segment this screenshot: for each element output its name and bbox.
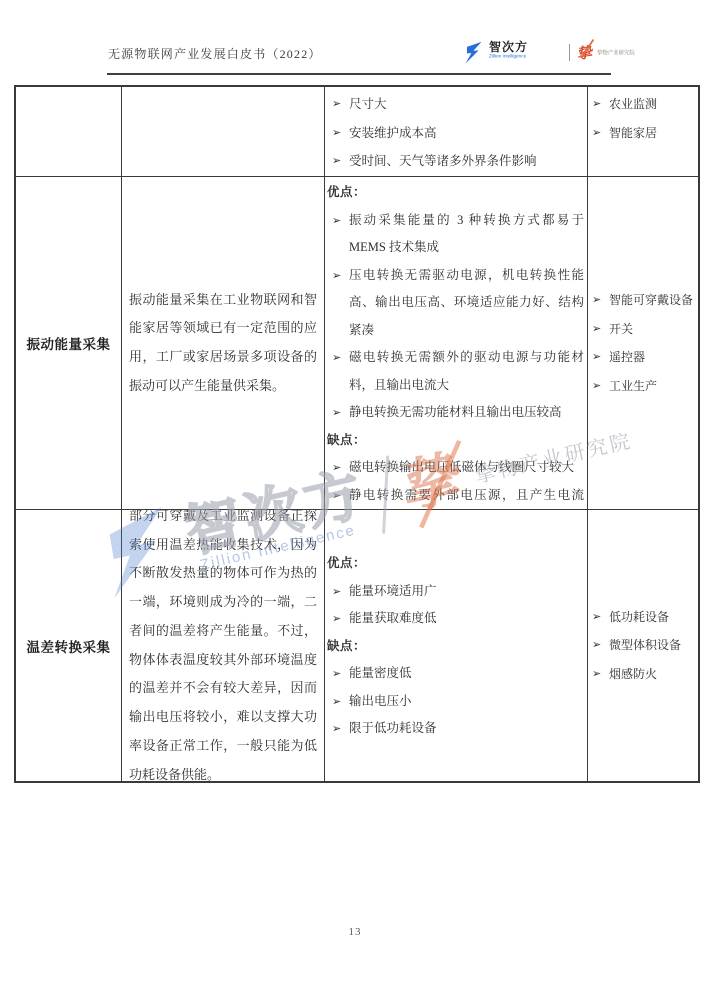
pros-heading: 优点： <box>327 179 585 207</box>
row-label-cell: 振动能量采集 <box>16 177 122 509</box>
feature-item: ➢ 能量环境适用广 <box>327 578 585 606</box>
feature-item: ➢ 压电转换无需驱动电源，机电转换性能高、输出电压高、环境适应能力好、结构紧凑 <box>327 262 585 345</box>
application-text: 遥控器 <box>609 343 698 372</box>
feature-item: ➢ 静电转换无需功能材料且输出电压较高 <box>327 399 585 427</box>
feature-item: ➢ 能量密度低 <box>327 660 585 688</box>
feature-text: 输出电压小 <box>349 688 585 716</box>
feature-text: 静电转换需要外部电压源，且产生电流低、电容气隙小 <box>349 482 585 510</box>
feature-text: 能量密度低 <box>349 660 585 688</box>
brand-subtitle: Zillion Intelligence <box>489 54 526 59</box>
feature-item: ➢ 磁电转换输出电压低磁体与线圈尺寸较大 <box>327 454 585 482</box>
bullet-arrow-icon: ➢ <box>327 207 349 235</box>
zhiwu-logo-icon: 挚 <box>576 41 594 64</box>
page-number: 13 <box>0 926 710 938</box>
bullet-arrow-icon: ➢ <box>327 454 349 482</box>
bullet-arrow-icon: ➢ <box>588 660 609 689</box>
feature-text: 压电转换无需驱动电源，机电转换性能高、输出电压高、环境适应能力好、结构紧凑 <box>349 262 585 345</box>
application-text: 智能可穿戴设备 <box>609 286 698 315</box>
bullet-arrow-icon: ➢ <box>588 315 609 344</box>
bullet-arrow-icon: ➢ <box>327 482 349 510</box>
feature-item: ➢ 尺寸大 <box>327 90 585 119</box>
table-row: 振动能量采集 振动能量采集在工业物联网和智能家居等领域已有一定范围的应用，工厂或… <box>16 177 698 510</box>
page-header-title: 无源物联网产业发展白皮书（2022） <box>108 45 322 62</box>
application-item: ➢ 微型体积设备 <box>588 631 698 660</box>
application-item: ➢ 农业监测 <box>588 90 698 119</box>
application-item: ➢ 智能可穿戴设备 <box>588 286 698 315</box>
table-row: 温差转换采集 部分可穿戴及工业监测设备正探索使用温差热能收集技术，因为不断散发热… <box>16 510 698 781</box>
document-page: 无源物联网产业发展白皮书（2022） 智次方 Zillion Intellige… <box>0 0 710 1004</box>
bullet-arrow-icon: ➢ <box>588 372 609 401</box>
application-text: 开关 <box>609 315 698 344</box>
application-text: 烟感防火 <box>609 660 698 689</box>
application-item: ➢ 智能家居 <box>588 119 698 148</box>
bullet-arrow-icon: ➢ <box>327 578 349 606</box>
bullet-arrow-icon: ➢ <box>327 399 349 427</box>
cons-heading: 缺点： <box>327 633 585 661</box>
feature-item: ➢ 输出电压小 <box>327 688 585 716</box>
institute-name: 挚物产业研究院 <box>597 48 635 56</box>
feature-text: 静电转换无需功能材料且输出电压较高 <box>349 399 585 427</box>
bullet-arrow-icon: ➢ <box>327 688 349 716</box>
feature-item: ➢ 振动采集能量的 3 种转换方式都易于 MEMS 技术集成 <box>327 207 585 262</box>
application-item: ➢ 遥控器 <box>588 343 698 372</box>
application-text: 微型体积设备 <box>609 631 698 660</box>
bullet-arrow-icon: ➢ <box>588 343 609 372</box>
energy-harvesting-table: ➢ 尺寸大 ➢ 安装维护成本高 ➢ 受时间、天气等诸多外界条件影响 ➢ 农业监测 <box>14 85 700 783</box>
feature-text: 能量获取难度低 <box>349 605 585 633</box>
feature-item: ➢ 安装维护成本高 <box>327 119 585 148</box>
row-label-cell: 温差转换采集 <box>16 510 122 781</box>
feature-item: ➢ 静电转换需要外部电压源，且产生电流低、电容气隙小 <box>327 482 585 510</box>
bullet-arrow-icon: ➢ <box>327 344 349 372</box>
row-features-cell: 优点： ➢ 能量环境适用广 ➢ 能量获取难度低 缺点： ➢ 能量密度低 ➢ 输出… <box>325 510 588 781</box>
bullet-arrow-icon: ➢ <box>327 90 349 119</box>
feature-text: 振动采集能量的 3 种转换方式都易于 MEMS 技术集成 <box>349 207 585 262</box>
header-rule <box>107 73 611 75</box>
row-desc-cell <box>122 87 325 176</box>
bullet-arrow-icon: ➢ <box>588 90 609 119</box>
feature-item: ➢ 磁电转换无需额外的驱动电源与功能材料，且输出电流大 <box>327 344 585 399</box>
row-applications-cell: ➢ 智能可穿戴设备 ➢ 开关 ➢ 遥控器 ➢ 工业生产 <box>588 177 698 509</box>
bullet-arrow-icon: ➢ <box>327 262 349 290</box>
feature-text: 尺寸大 <box>349 90 585 119</box>
feature-item: ➢ 能量获取难度低 <box>327 605 585 633</box>
bullet-arrow-icon: ➢ <box>327 119 349 148</box>
row-desc-cell: 部分可穿戴及工业监测设备正探索使用温差热能收集技术，因为不断散发热量的物体可作为… <box>122 510 325 781</box>
feature-item: ➢ 受时间、天气等诸多外界条件影响 <box>327 147 585 176</box>
application-text: 智能家居 <box>609 119 698 148</box>
feature-text: 安装维护成本高 <box>349 119 585 148</box>
application-item: ➢ 工业生产 <box>588 372 698 401</box>
zhicifang-logo-icon <box>462 40 485 64</box>
bullet-arrow-icon: ➢ <box>588 119 609 148</box>
application-item: ➢ 开关 <box>588 315 698 344</box>
application-text: 低功耗设备 <box>609 603 698 632</box>
pros-heading: 优点： <box>327 550 585 578</box>
row-desc-cell: 振动能量采集在工业物联网和智能家居等领域已有一定范围的应用，工厂或家居场景多项设… <box>122 177 325 509</box>
brand-text-block: 智次方 Zillion Intelligence <box>489 41 561 63</box>
cons-heading: 缺点： <box>327 427 585 455</box>
bullet-arrow-icon: ➢ <box>327 660 349 688</box>
feature-text: 能量环境适用广 <box>349 578 585 606</box>
row-features-cell: 优点： ➢ 振动采集能量的 3 种转换方式都易于 MEMS 技术集成 ➢ 压电转… <box>325 177 588 509</box>
row-label-cell <box>16 87 122 176</box>
application-item: ➢ 低功耗设备 <box>588 603 698 632</box>
feature-item: ➢ 限于低功耗设备 <box>327 715 585 743</box>
application-item: ➢ 烟感防火 <box>588 660 698 689</box>
bullet-arrow-icon: ➢ <box>588 631 609 660</box>
bullet-arrow-icon: ➢ <box>588 286 609 315</box>
table-row: ➢ 尺寸大 ➢ 安装维护成本高 ➢ 受时间、天气等诸多外界条件影响 ➢ 农业监测 <box>16 87 698 177</box>
bullet-arrow-icon: ➢ <box>327 715 349 743</box>
feature-text: 磁电转换输出电压低磁体与线圈尺寸较大 <box>349 454 585 482</box>
bullet-arrow-icon: ➢ <box>327 605 349 633</box>
application-text: 工业生产 <box>609 372 698 401</box>
application-text: 农业监测 <box>609 90 698 119</box>
logo-divider <box>569 44 570 61</box>
row-applications-cell: ➢ 农业监测 ➢ 智能家居 <box>588 87 698 176</box>
row-features-cell: ➢ 尺寸大 ➢ 安装维护成本高 ➢ 受时间、天气等诸多外界条件影响 <box>325 87 588 176</box>
feature-text: 受时间、天气等诸多外界条件影响 <box>349 147 585 176</box>
bullet-arrow-icon: ➢ <box>588 603 609 632</box>
row-applications-cell: ➢ 低功耗设备 ➢ 微型体积设备 ➢ 烟感防火 <box>588 510 698 781</box>
feature-text: 磁电转换无需额外的驱动电源与功能材料，且输出电流大 <box>349 344 585 399</box>
header-logo-group: 智次方 Zillion Intelligence 挚 挚物产业研究院 <box>463 38 660 66</box>
bullet-arrow-icon: ➢ <box>327 147 349 176</box>
brand-name: 智次方 <box>489 41 561 53</box>
feature-text: 限于低功耗设备 <box>349 715 585 743</box>
